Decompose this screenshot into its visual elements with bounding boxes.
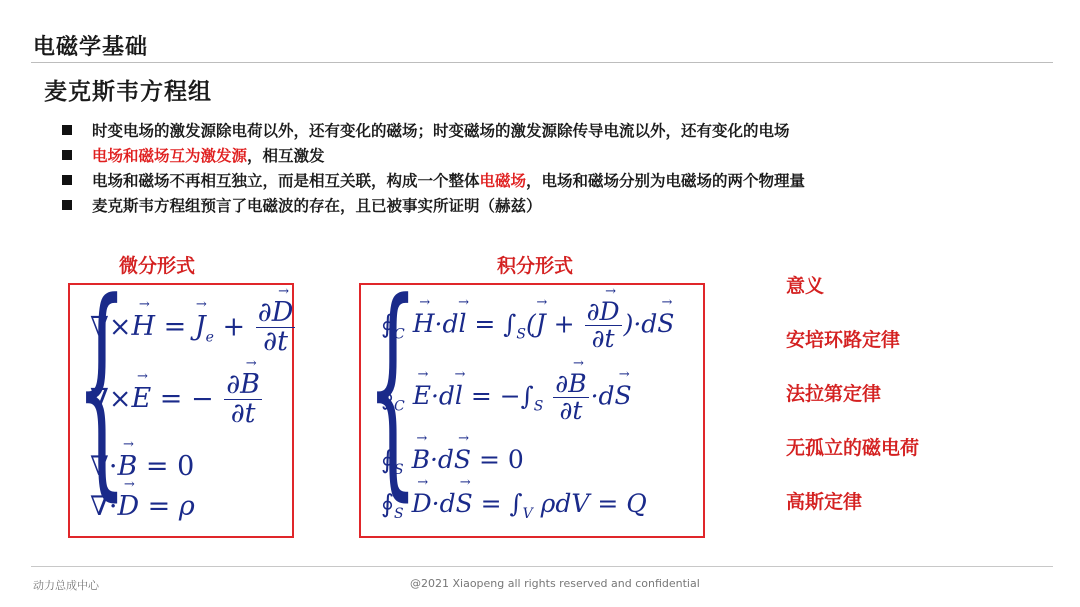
bullet-item: 麦克斯韦方程组预言了电磁波的存在，且已被事实所证明（赫兹） [62,192,805,217]
bullet-highlight-text: 电磁场 [480,169,527,191]
equation-gauss-electric-integral: ∮S D·dS = ∫V ρdV = Q [381,489,647,522]
meaning-item-gauss: 高斯定律 [786,487,862,514]
differential-form-label: 微分形式 [119,251,195,278]
header-divider [31,62,1053,63]
slide-section-title: 电磁学基础 [33,30,148,61]
equation-gauss-electric-differential: ∇·D = ρ [90,491,195,522]
equation-faraday-integral: ∮C E·dl = −∫S ∂B∂t·dS [381,371,632,425]
equation-ampere-integral: ∮C H·dl = ∫S(J + ∂D∂t)·dS [381,299,674,353]
meaning-item-faraday: 法拉第定律 [786,379,881,406]
meaning-item-no-monopole: 无孤立的磁电荷 [786,433,919,460]
integral-form-label: 积分形式 [497,251,573,278]
square-bullet-icon [62,200,72,210]
differential-equations-box: { ∇×H = Je + ∂D∂t ∇×E = − ∂B∂t ∇·B = 0 ∇… [68,283,294,538]
square-bullet-icon [62,175,72,185]
meaning-header: 意义 [786,271,824,298]
slide-subtitle: 麦克斯韦方程组 [44,73,212,106]
bullet-text: 麦克斯韦方程组预言了电磁波的存在，且已被事实所证明（赫兹） [92,194,542,216]
bullet-list: 时变电场的激发源除电荷以外，还有变化的磁场；时变磁场的激发源除传导电流以外，还有… [62,117,805,217]
equation-gauss-magnetic-integral: ∮S B·dS = 0 [381,445,524,478]
footer-department: 动力总成中心 [33,577,99,593]
bullet-text: 时变电场的激发源除电荷以外，还有变化的磁场；时变磁场的激发源除传导电流以外，还有… [92,119,790,141]
bullet-item: 时变电场的激发源除电荷以外，还有变化的磁场；时变磁场的激发源除传导电流以外，还有… [62,117,805,142]
equation-ampere-differential: ∇×H = Je + ∂D∂t [90,299,297,357]
equation-faraday-differential: ∇×E = − ∂B∂t [90,371,264,429]
square-bullet-icon [62,150,72,160]
integral-equations-box: { ∮C H·dl = ∫S(J + ∂D∂t)·dS ∮C E·dl = −∫… [359,283,705,538]
footer-copyright: @2021 Xiaopeng all rights reserved and c… [410,577,700,590]
bullet-item: 电场和磁场互为激发源 ，相互激发 [62,142,805,167]
bullet-item: 电场和磁场不再相互独立，而是相互关联，构成一个整体 电磁场 ，电场和磁场分别为电… [62,167,805,192]
bullet-highlight-text: 电场和磁场互为激发源 [92,144,247,166]
bullet-text: ，相互激发 [247,144,325,166]
bullet-text: 电场和磁场不再相互独立，而是相互关联，构成一个整体 [92,169,480,191]
equation-gauss-magnetic-differential: ∇·B = 0 [90,451,194,482]
square-bullet-icon [62,125,72,135]
bullet-text: ，电场和磁场分别为电磁场的两个物理量 [526,169,805,191]
footer-divider [31,566,1053,567]
meaning-item-ampere: 安培环路定律 [786,325,900,352]
